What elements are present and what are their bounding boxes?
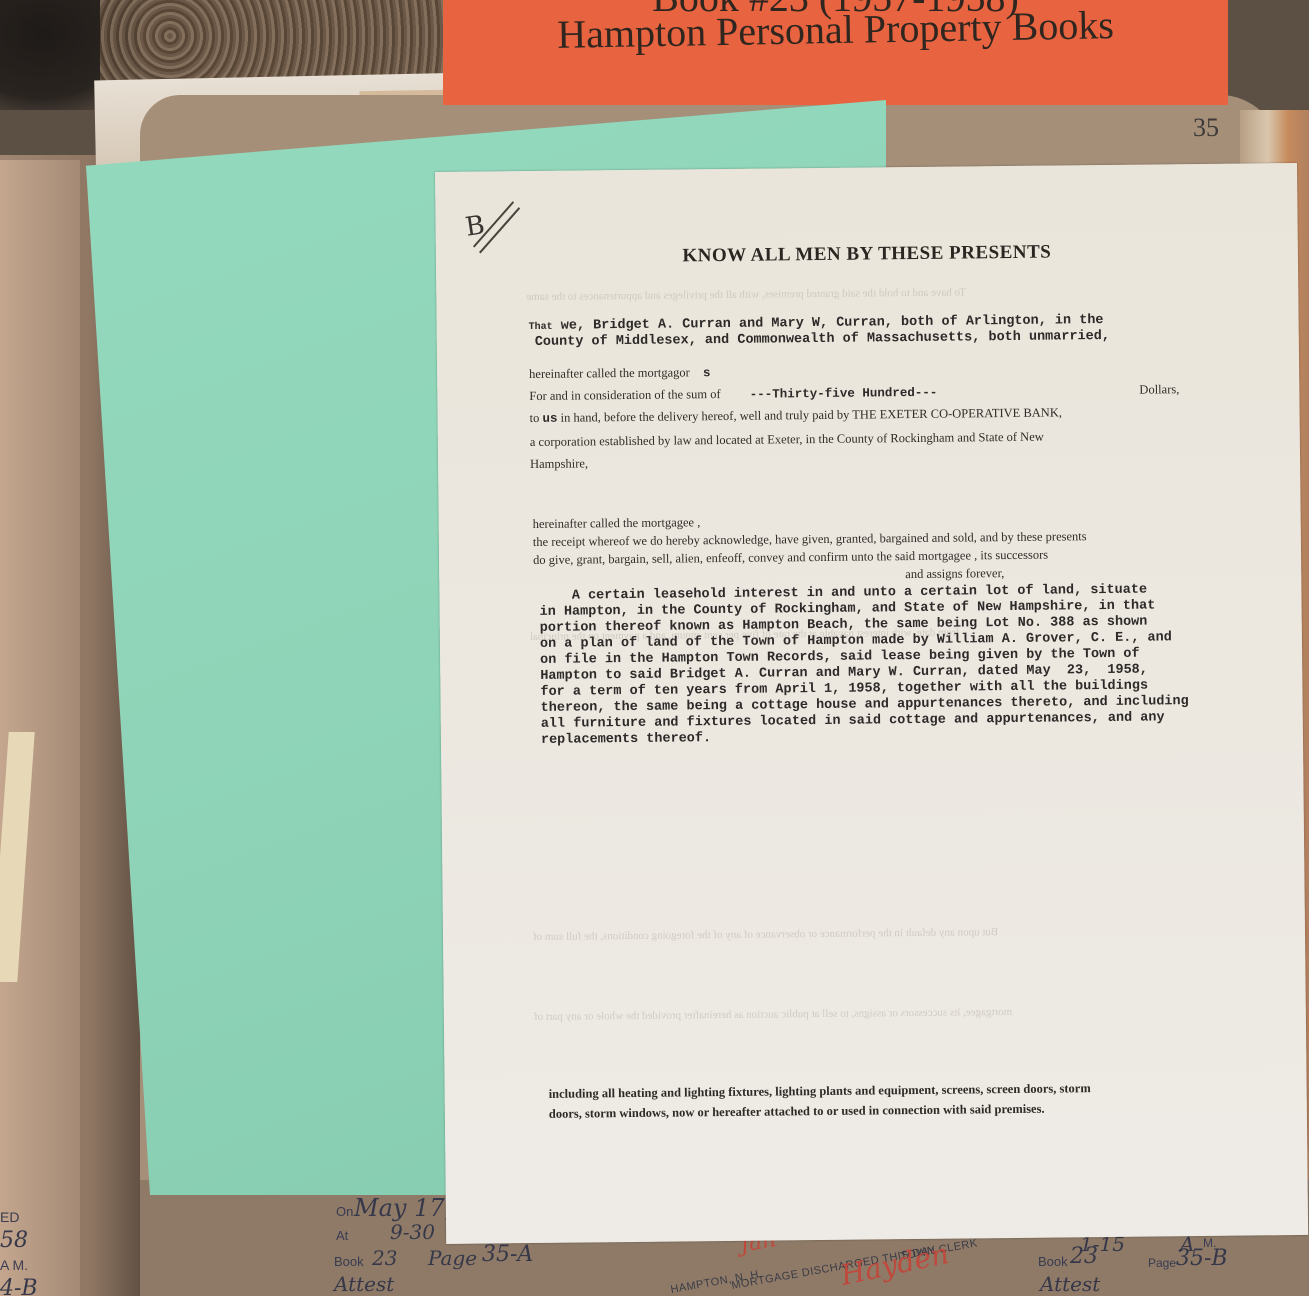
bleed-through-text: mortgagee, its successors or assigns, to… xyxy=(534,1006,1012,1023)
at-time-value: 9-30 xyxy=(390,1220,435,1244)
book-label-sign: Book #23 (1957-1958) Hampton Personal Pr… xyxy=(443,0,1228,105)
consideration-label: For and in consideration of the sum of xyxy=(529,387,720,403)
corporation-line-1: a corporation established by law and loc… xyxy=(530,430,1044,450)
receipt-line: the receipt whereof we do hereby acknowl… xyxy=(533,529,1087,550)
document-title: KNOW ALL MEN BY THESE PRESENTS xyxy=(436,239,1298,270)
left-ledger-page xyxy=(0,160,80,1296)
book-value: 23 xyxy=(372,1246,397,1270)
on-label: On xyxy=(336,1204,353,1219)
left-record-text: A M. xyxy=(0,1253,38,1277)
left-record-fragment: ED 58 A M. 4-B xyxy=(0,1205,38,1296)
left-record-text: 4-B xyxy=(0,1277,38,1296)
mortgage-deed-document: To have and to hold the said granted pre… xyxy=(435,163,1308,1244)
paid-line: to us in hand, before the delivery hereo… xyxy=(530,405,1063,426)
corporation-line-2: Hampshire, xyxy=(530,456,588,472)
mortgagor-line: hereinafter called the mortgagor s xyxy=(529,365,710,382)
paid-prefix: to xyxy=(530,411,540,425)
fixtures-line-1: including all heating and lighting fixtu… xyxy=(549,1081,1091,1102)
attest-signature: Attest xyxy=(334,1272,394,1296)
right-page-value: 35-B xyxy=(1176,1246,1228,1271)
right-attest-signature: Attest xyxy=(1040,1272,1100,1296)
right-page-label: Page xyxy=(1148,1256,1176,1270)
paid-party: us xyxy=(542,412,557,426)
consideration-line: For and in consideration of the sum of -… xyxy=(529,382,1179,404)
property-description: A certain leasehold interest in and unto… xyxy=(539,582,1189,749)
margin-annotation: B xyxy=(463,210,486,243)
right-book-value: 23 xyxy=(1070,1244,1098,1269)
folder-page-number: 35 xyxy=(1193,113,1219,143)
assigns-line: and assigns forever, xyxy=(905,566,1004,582)
left-record-text: ED xyxy=(0,1205,38,1229)
bleed-through-text: To have and to hold the said granted pre… xyxy=(526,286,966,303)
fixtures-line-2: doors, storm windows, now or hereafter a… xyxy=(549,1102,1045,1122)
left-record-text: 58 xyxy=(0,1229,38,1253)
mortgagor-suffix: s xyxy=(703,366,711,380)
book-label: Book xyxy=(334,1254,364,1269)
page-label: Page xyxy=(428,1246,477,1270)
mortgagor-label: hereinafter called the mortgagor xyxy=(529,365,690,381)
convey-line: do give, grant, bargain, sell, alien, en… xyxy=(533,548,1048,568)
that-prefix: That xyxy=(529,322,553,333)
mortgagee-line: hereinafter called the mortgagee , xyxy=(533,515,701,532)
right-book-label: Book xyxy=(1038,1254,1068,1269)
dollars-label: Dollars, xyxy=(1139,382,1179,397)
at-label: At xyxy=(336,1228,348,1243)
page-value: 35-A xyxy=(482,1242,533,1267)
bleed-through-text: But upon any default in the performance … xyxy=(533,926,998,943)
paid-text: in hand, before the delivery hereof, wel… xyxy=(561,405,1063,424)
town-clerk-signature: Hayden xyxy=(838,1237,952,1292)
consideration-amount: ---Thirty-five Hundred--- xyxy=(750,386,938,402)
